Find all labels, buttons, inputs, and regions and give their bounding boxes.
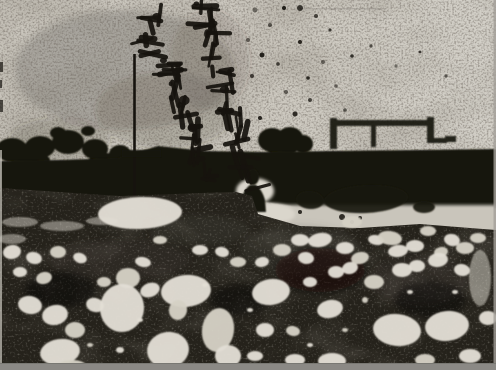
- left-border: [0, 150, 2, 363]
- flagpole-crossbar: [122, 150, 161, 157]
- historical-photo: [0, 0, 496, 370]
- bottom-strip-hairline: [0, 363, 496, 364]
- scratch-mark: [300, 8, 386, 10]
- bottom-gray-strip: [0, 363, 496, 370]
- photo-canvas: [0, 0, 496, 370]
- flagpole-shaft: [133, 54, 136, 218]
